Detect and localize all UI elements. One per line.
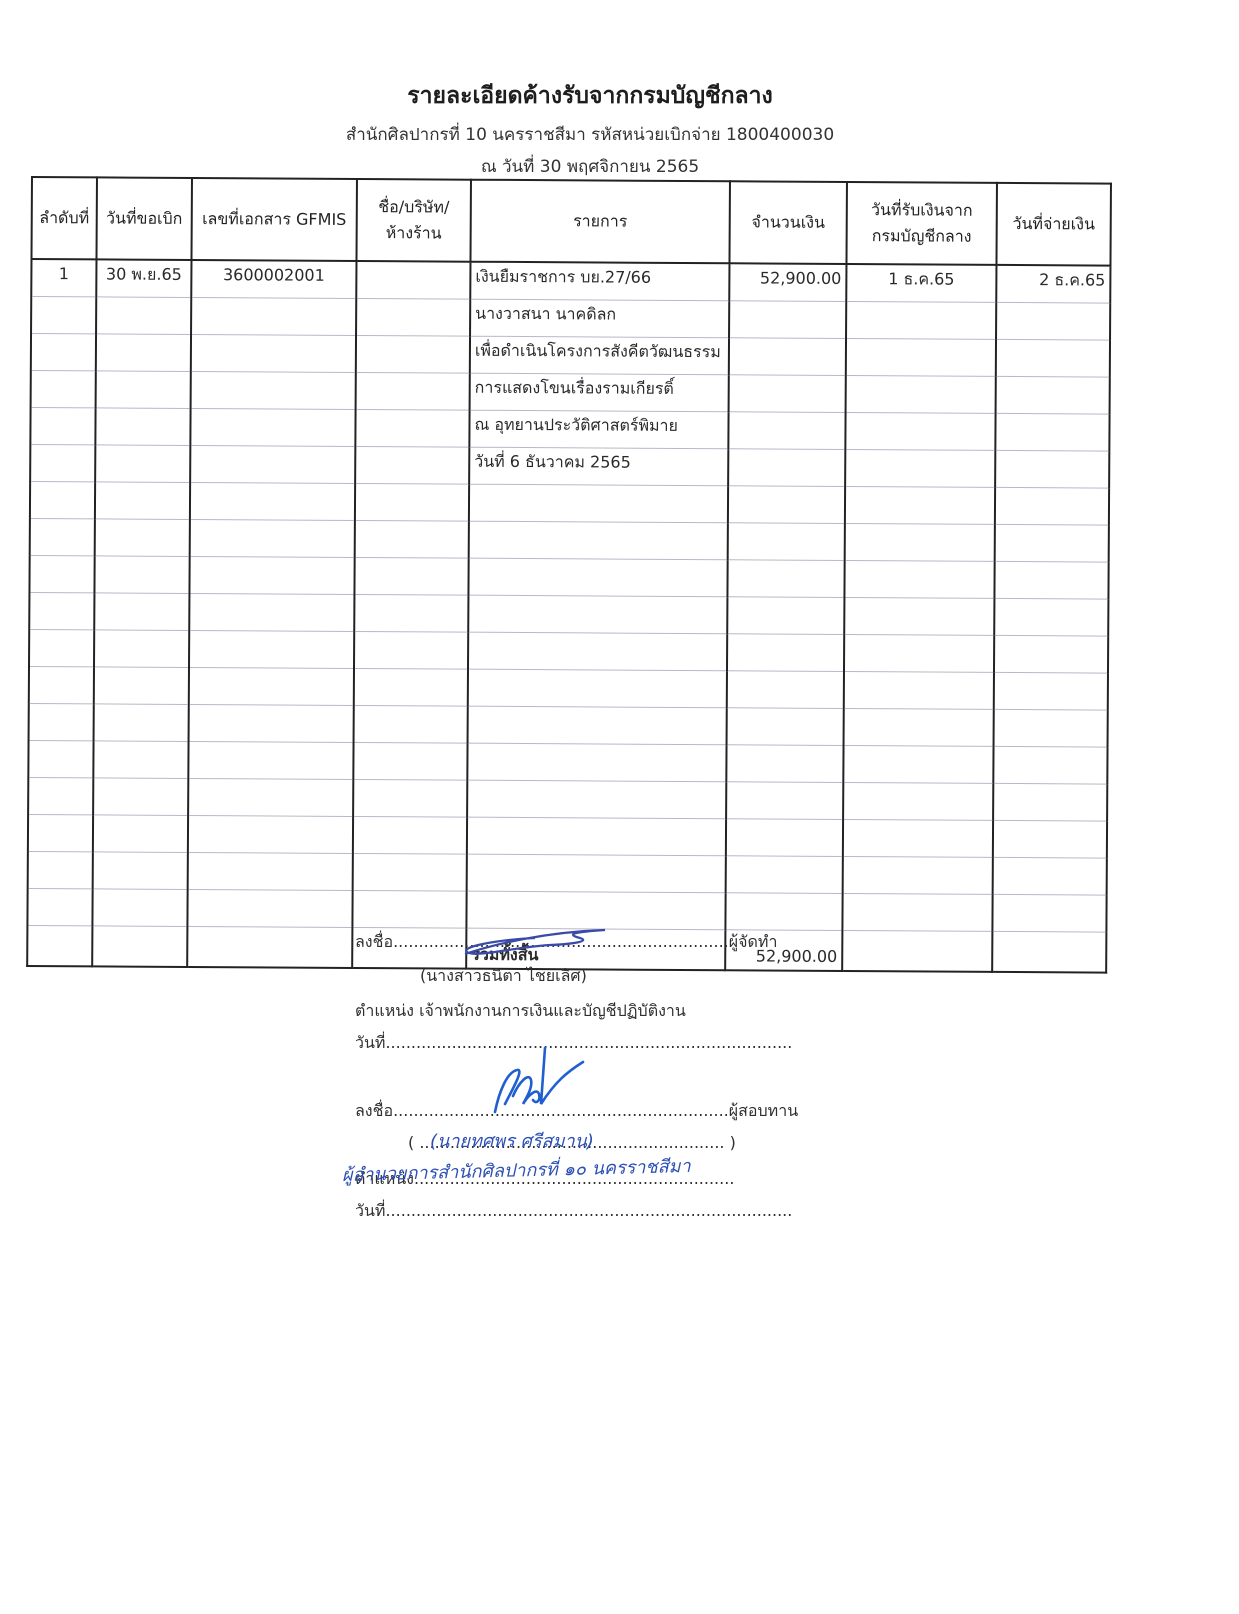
cell-paid-date	[993, 820, 1107, 858]
cell-amount	[726, 745, 843, 783]
header-paid-date: วันที่จ่ายเงิน	[996, 183, 1110, 266]
cell-paid-date: 2 ธ.ค.65	[996, 265, 1110, 303]
cell-no	[29, 555, 94, 592]
cell-vendor	[356, 298, 470, 336]
cell-no	[30, 518, 95, 555]
header-received-date: วันที่รับเงินจากกรมบัญชีกลาง	[846, 182, 996, 265]
preparer-position: ตำแหน่ง เจ้าพนักงานการเงินและบัญชีปฏิบัต…	[355, 999, 686, 1024]
cell-no	[31, 371, 96, 408]
cell-no	[30, 408, 95, 445]
cell-gfmis-no	[190, 482, 355, 520]
cell-no	[30, 482, 95, 519]
cell-paid-date	[993, 857, 1107, 895]
cell-no	[29, 703, 94, 740]
cell-description: เงินยืมราชการ บย.27/66	[470, 262, 729, 301]
cell-request-date	[94, 556, 189, 594]
cell-vendor	[356, 372, 470, 410]
cell-gfmis-no	[191, 297, 356, 335]
cell-gfmis-no	[191, 371, 356, 409]
cell-gfmis-no	[189, 704, 354, 742]
cell-no	[28, 740, 93, 777]
cell-no	[29, 666, 94, 703]
cell-vendor	[353, 779, 467, 817]
cell-request-date	[96, 334, 191, 372]
cell-gfmis-no	[191, 334, 356, 372]
cell-vendor	[355, 520, 469, 558]
cell-description	[468, 706, 727, 745]
cell-vendor	[354, 631, 468, 669]
cell-amount	[727, 671, 844, 709]
header-description: รายการ	[470, 180, 729, 264]
preparer-signature-icon	[455, 922, 625, 962]
cell-amount	[729, 338, 846, 376]
cell-received-date	[846, 375, 996, 413]
table-header-row: ลำดับที่ วันที่ขอเบิก เลขที่เอกสาร GFMIS…	[31, 177, 1110, 266]
cell-request-date	[95, 408, 190, 446]
cell-paid-date	[996, 339, 1110, 377]
cell-no	[28, 777, 93, 814]
cell-received-date: 1 ธ.ค.65	[846, 264, 996, 302]
header-amount: จำนวนเงิน	[729, 181, 846, 264]
cell-vendor	[353, 742, 467, 780]
cell-gfmis-no	[189, 593, 354, 631]
cell-description	[467, 743, 726, 782]
cell-request-date	[94, 630, 189, 668]
cell-no	[31, 297, 96, 334]
cell-no	[30, 445, 95, 482]
cell-no	[29, 629, 94, 666]
reviewer-sign-line: ลงชื่อ..................................…	[355, 1099, 798, 1124]
cell-gfmis-no	[188, 852, 353, 890]
cell-paid-date	[992, 894, 1106, 932]
cell-received-date	[845, 486, 995, 524]
cell-gfmis-no	[188, 741, 353, 779]
cell-paid-date	[995, 524, 1109, 562]
preparer-date-label: วันที่	[355, 1033, 385, 1052]
cell-description: เพื่อดำเนินโครงการสังคีตวัฒนธรรม	[470, 336, 729, 375]
cell-paid-date	[995, 413, 1109, 451]
cell-gfmis-no	[189, 667, 354, 705]
cell-request-date	[93, 815, 188, 853]
cell-vendor	[352, 890, 466, 928]
preparer-role: ผู้จัดทำ	[729, 932, 778, 951]
cell-vendor	[355, 446, 469, 484]
cell-paid-date	[994, 709, 1108, 747]
reviewer-role: ผู้สอบทาน	[729, 1101, 798, 1120]
cell-no	[28, 851, 93, 888]
table-row: 130 พ.ย.653600002001เงินยืมราชการ บย.27/…	[31, 259, 1110, 303]
cell-empty	[992, 931, 1106, 972]
cell-request-date	[95, 482, 190, 520]
cell-description	[468, 632, 727, 671]
cell-received-date	[844, 634, 994, 672]
header-no: ลำดับที่	[31, 177, 96, 259]
cell-amount	[725, 893, 842, 931]
cell-amount	[728, 449, 845, 487]
cell-paid-date	[994, 561, 1108, 599]
cell-vendor	[355, 483, 469, 521]
reviewer-date-label: วันที่	[355, 1201, 385, 1220]
cell-amount	[727, 560, 844, 598]
cell-received-date	[843, 782, 993, 820]
cell-amount	[728, 523, 845, 561]
header-vendor: ชื่อ/บริษัท/ห้างร้าน	[356, 179, 470, 262]
cell-received-date	[846, 338, 996, 376]
cell-request-date	[94, 704, 189, 742]
cell-received-date	[846, 301, 996, 339]
cell-vendor	[356, 335, 470, 373]
cell-description	[468, 558, 727, 597]
cell-vendor	[355, 409, 469, 447]
cell-description	[467, 854, 726, 893]
cell-no: 1	[31, 259, 96, 297]
cell-empty	[842, 930, 992, 971]
cell-gfmis-no	[190, 519, 355, 557]
cell-description	[467, 780, 726, 819]
reviewer-sign-label: ลงชื่อ	[355, 1101, 393, 1120]
cell-received-date	[845, 523, 995, 561]
cell-vendor	[354, 668, 468, 706]
cell-gfmis-no	[189, 630, 354, 668]
document-title: รายละเอียดค้างรับจากกรมบัญชีกลาง	[0, 78, 1180, 114]
cell-vendor	[353, 816, 467, 854]
cell-amount	[728, 412, 845, 450]
preparer-sign-label: ลงชื่อ	[355, 932, 393, 951]
cell-vendor	[353, 853, 467, 891]
cell-paid-date	[996, 376, 1110, 414]
cell-amount	[726, 856, 843, 894]
cell-description: การแสดงโขนเรื่องรามเกียรติ์	[470, 373, 729, 412]
cell-request-date	[94, 593, 189, 631]
preparer-name: (นางสาวธนิตา ไชยเลิศ)	[420, 964, 587, 989]
cell-empty	[92, 926, 187, 967]
cell-vendor	[354, 594, 468, 632]
cell-request-date	[96, 371, 191, 409]
reviewer-date-line: วันที่..................................…	[355, 1199, 792, 1224]
cell-request-date	[93, 741, 188, 779]
document-subtitle: สำนักศิลปากรที่ 10 นครราชสีมา รหัสหน่วยเ…	[0, 121, 1180, 148]
cell-amount: 52,900.00	[729, 263, 846, 301]
cell-received-date	[844, 560, 994, 598]
cell-paid-date	[993, 783, 1107, 821]
cell-description	[469, 484, 728, 523]
cell-received-date	[842, 893, 992, 931]
cell-received-date	[844, 671, 994, 709]
cell-request-date	[93, 778, 188, 816]
cell-received-date	[844, 708, 994, 746]
cell-no	[29, 592, 94, 629]
cell-request-date: 30 พ.ย.65	[96, 259, 191, 297]
cell-request-date	[92, 889, 187, 927]
cell-amount	[727, 634, 844, 672]
cell-received-date	[845, 449, 995, 487]
table-body: 130 พ.ย.653600002001เงินยืมราชการ บย.27/…	[27, 259, 1110, 973]
cell-paid-date	[994, 598, 1108, 636]
header-request-date: วันที่ขอเบิก	[96, 177, 191, 260]
cell-description	[469, 521, 728, 560]
reviewer-name-close: )	[724, 1133, 735, 1152]
cell-empty	[27, 925, 92, 966]
cell-description	[468, 595, 727, 634]
cell-no	[28, 814, 93, 851]
reviewer-handwritten-name: (นายทศพร ศรีสมาน)	[430, 1126, 594, 1155]
cell-gfmis-no	[188, 778, 353, 816]
cell-received-date	[844, 597, 994, 635]
cell-amount	[726, 782, 843, 820]
cell-empty	[187, 926, 352, 968]
cell-request-date	[93, 852, 188, 890]
cell-request-date	[94, 667, 189, 705]
cell-received-date	[843, 819, 993, 857]
cell-paid-date	[996, 302, 1110, 340]
cell-request-date	[96, 297, 191, 335]
reviewer-name-open: (	[408, 1133, 419, 1152]
reviewer-sign-dots: ........................................…	[393, 1101, 729, 1120]
cell-received-date	[843, 745, 993, 783]
cell-vendor	[354, 557, 468, 595]
cell-description: วันที่ 6 ธันวาคม 2565	[469, 447, 728, 486]
cell-description	[468, 669, 727, 708]
cell-description: นางวาสนา นาคดิลก	[470, 299, 729, 338]
cell-gfmis-no	[188, 815, 353, 853]
cell-paid-date	[995, 487, 1109, 525]
cell-amount	[726, 819, 843, 857]
cell-gfmis-no	[189, 556, 354, 594]
cell-vendor	[354, 705, 468, 743]
cell-amount	[729, 301, 846, 339]
cell-gfmis-no	[187, 889, 352, 927]
cell-paid-date	[994, 635, 1108, 673]
cell-gfmis-no	[190, 408, 355, 446]
cell-received-date	[845, 412, 995, 450]
cell-gfmis-no	[190, 445, 355, 483]
receivables-table: ลำดับที่ วันที่ขอเบิก เลขที่เอกสาร GFMIS…	[26, 176, 1112, 974]
cell-no	[31, 334, 96, 371]
cell-vendor	[356, 261, 470, 299]
cell-amount	[728, 486, 845, 524]
cell-description: ณ อุทยานประวัติศาสตร์พิมาย	[469, 410, 728, 449]
cell-amount	[727, 597, 844, 635]
cell-request-date	[95, 445, 190, 483]
cell-amount	[729, 375, 846, 413]
cell-paid-date	[995, 450, 1109, 488]
cell-gfmis-no: 3600002001	[191, 260, 356, 299]
cell-paid-date	[994, 672, 1108, 710]
cell-amount	[727, 708, 844, 746]
cell-received-date	[843, 856, 993, 894]
cell-request-date	[95, 519, 190, 557]
cell-paid-date	[993, 746, 1107, 784]
cell-description	[467, 817, 726, 856]
cell-no	[27, 888, 92, 925]
header-gfmis-no: เลขที่เอกสาร GFMIS	[191, 178, 356, 261]
reviewer-date-dots: ........................................…	[385, 1201, 792, 1220]
